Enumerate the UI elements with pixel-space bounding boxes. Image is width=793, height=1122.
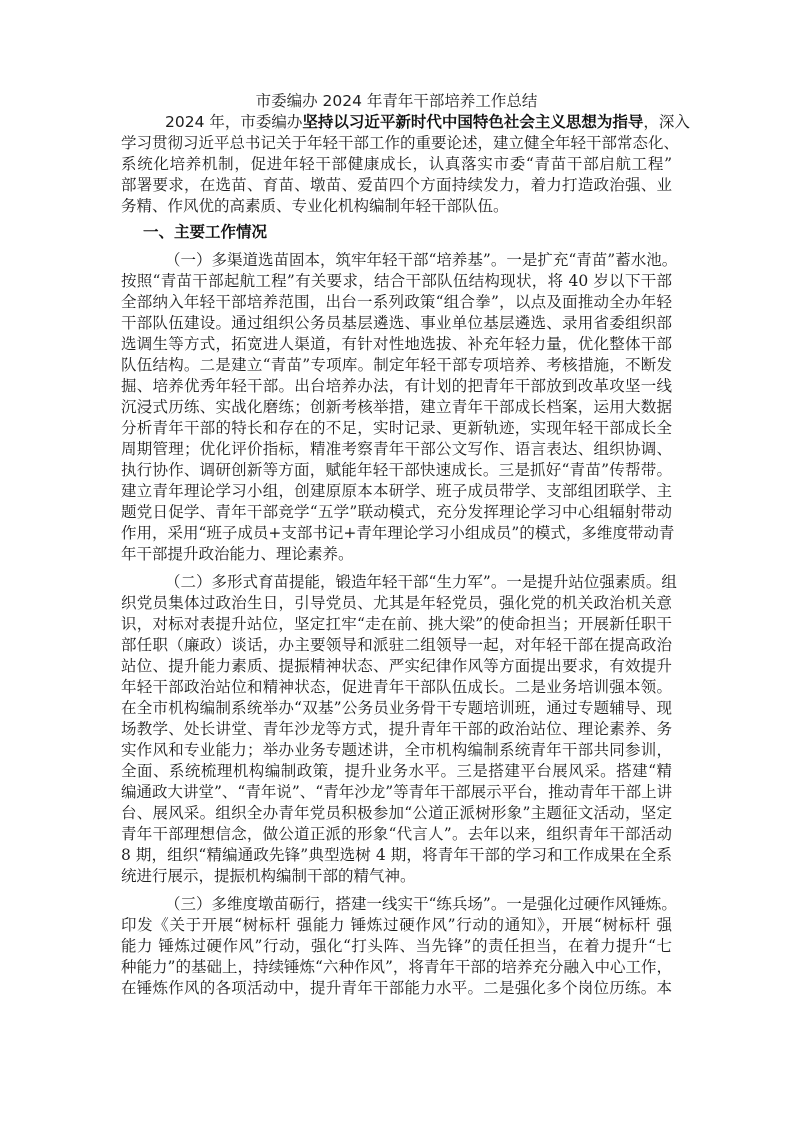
sub3-line: 印发《关于开展“树标杆 强能力 锤炼过硬作风”行动的通知》，开展“树标杆 强	[121, 915, 672, 935]
sub1-line: 年干部提升政治能力、理论素养。	[121, 544, 672, 564]
intro-line: 学习贯彻习近平总书记关于年轻干部工作的重要论述，建立健全年轻干部常态化、	[121, 133, 672, 153]
sub2-line: 年轻干部政治站位和精神状态，促进青年干部队伍成长。二是业务培训强本领。	[121, 677, 672, 697]
sub1-line: 作用，采用“班子成员+支部书记+青年理论学习小组成员”的模式，多维度带动青	[121, 523, 672, 543]
sub2-line: 统进行展示，提振机构编制干部的精气神。	[121, 866, 672, 886]
sub1-line: 全部纳入年轻干部培养范围，出台一系列政策“组合拳”，以点及面推动全办年轻	[121, 292, 672, 312]
section-heading: 一、主要工作情况	[143, 222, 267, 242]
sub2-line: 站位、提升能力素质、提振精神状态、严实纪律作风等方面提出要求，有效提升	[121, 656, 672, 676]
intro-lead: 2024 年，市委编办	[165, 113, 302, 131]
sub2-line: 8 期，组织“精编通政先锋”典型选树 4 期，将青年干部的学习和工作成果在全系	[121, 845, 672, 865]
sub1-line: 题党日促学、青年干部竞学“五学”联动模式，充分发挥理论学习中心组辐射带动	[121, 502, 672, 522]
sub1-line: 分析青年干部的特长和存在的不足，实时记录、更新轨迹，实现年轻干部成长全	[121, 418, 672, 438]
sub2-line: 台、展风采。组织全办青年党员积极参加“公道正派树形象”主题征文活动，坚定	[121, 803, 672, 823]
sub2-line: 编通政大讲堂”、“青年说”、“青年沙龙”等青年干部展示平台，推动青年干部上讲	[121, 782, 672, 802]
sub1-line: 周期管理；优化评价指标，精准考察青年干部公文写作、语言表达、组织协调、	[121, 439, 672, 459]
sub1-line: 建立青年理论学习小组，创建原原本本研学、班子成员带学、支部组团联学、主	[121, 481, 672, 501]
sub2-line: 识，对标对表提升站位，坚定扛牢“走在前、挑大梁”的使命担当；开展新任职干	[121, 614, 672, 634]
sub2-line: 实作风和专业能力；举办业务专题述讲，全市机构编制系统青年干部共同参训，	[121, 740, 672, 760]
sub1-line: 执行协作、调研创新等方面，赋能年轻干部快速成长。三是抓好“青苗”传帮带。	[121, 460, 672, 480]
sub1-line: 按照“青苗干部起航工程”有关要求，结合干部队伍结构现状，将 40 岁以下干部	[121, 271, 672, 291]
sub2-line: 场教学、处长讲堂、青年沙龙等方式，提升青年干部的政治站位、理论素养、务	[121, 719, 672, 739]
sub3-line: 在锤炼作风的各项活动中，提升青年干部能力水平。二是强化多个岗位历练。本	[121, 978, 672, 998]
sub1-line: 选调生等方式，拓宽进人渠道，有针对性地选拔、补充年轻力量，优化整体干部	[121, 334, 672, 354]
sub1-line: 掘、培养优秀年轻干部。出台培养办法，有计划的把青年干部放到改革攻坚一线	[121, 376, 672, 396]
sub2-line: （二）多形式育苗提能，锻造年轻干部“生力军”。一是提升站位强素质。组	[165, 572, 672, 592]
sub2-line: 全面、系统梳理机构编制政策，提升业务水平。三是搭建平台展风采。搭建“精	[121, 761, 672, 781]
sub2-line: 青年干部理想信念，做公道正派的形象“代言人”。去年以来，组织青年干部活动	[121, 824, 672, 844]
document-title: 市委编办 2024 年青年干部培养工作总结	[0, 91, 793, 111]
intro-line: 部署要求，在选苗、育苗、墩苗、爱苗四个方面持续发力，着力打造政治强、业	[121, 175, 672, 195]
sub2-line: 在全市机构编制系统举办“双基”公务员业务骨干专题培训班，通过专题辅导、现	[121, 698, 672, 718]
sub1-line: 干部队伍建设。通过组织公务员基层遴选、事业单位基层遴选、录用省委组织部	[121, 313, 672, 333]
intro-line-1: 2024 年，市委编办坚持以习近平新时代中国特色社会主义思想为指导，深入	[165, 112, 672, 132]
sub3-line: 种能力”的基础上，持续锤炼“六种作风”，将青年干部的培养充分融入中心工作，	[121, 957, 672, 977]
intro-line: 系统化培养机制，促进年轻干部健康成长，认真落实市委“青苗干部启航工程”	[121, 154, 672, 174]
sub1-line: 沉浸式历练、实战化磨练；创新考核举措，建立青年干部成长档案，运用大数据	[121, 397, 672, 417]
sub2-line: 织党员集体过政治生日，引导党员、尤其是年轻党员，强化党的机关政治机关意	[121, 593, 672, 613]
intro-lead-tail: ，深入	[643, 113, 690, 131]
sub3-line: 能力 锤炼过硬作风”行动，强化“打头阵、当先锋”的责任担当，在着力提升“七	[121, 936, 672, 956]
sub2-line: 部任职（廉政）谈话，办主要领导和派驻二组领导一起，对年轻干部在提高政治	[121, 635, 672, 655]
sub3-line: （三）多维度墩苗砺行，搭建一线实干“练兵场”。一是强化过硬作风锤炼。	[165, 894, 672, 914]
intro-emphasis: 坚持以习近平新时代中国特色社会主义思想为指导	[302, 113, 643, 131]
document-page: 市委编办 2024 年青年干部培养工作总结 2024 年，市委编办坚持以习近平新…	[0, 0, 793, 1122]
intro-line: 务精、作风优的高素质、专业化机构编制年轻干部队伍。	[121, 196, 672, 216]
sub1-line: （一）多渠道选苗固本，筑牢年轻干部“培养基”。一是扩充“青苗”蓄水池。	[165, 250, 672, 270]
sub1-line: 队伍结构。二是建立“青苗”专项库。制定年轻干部专项培养、考核措施，不断发	[121, 355, 672, 375]
